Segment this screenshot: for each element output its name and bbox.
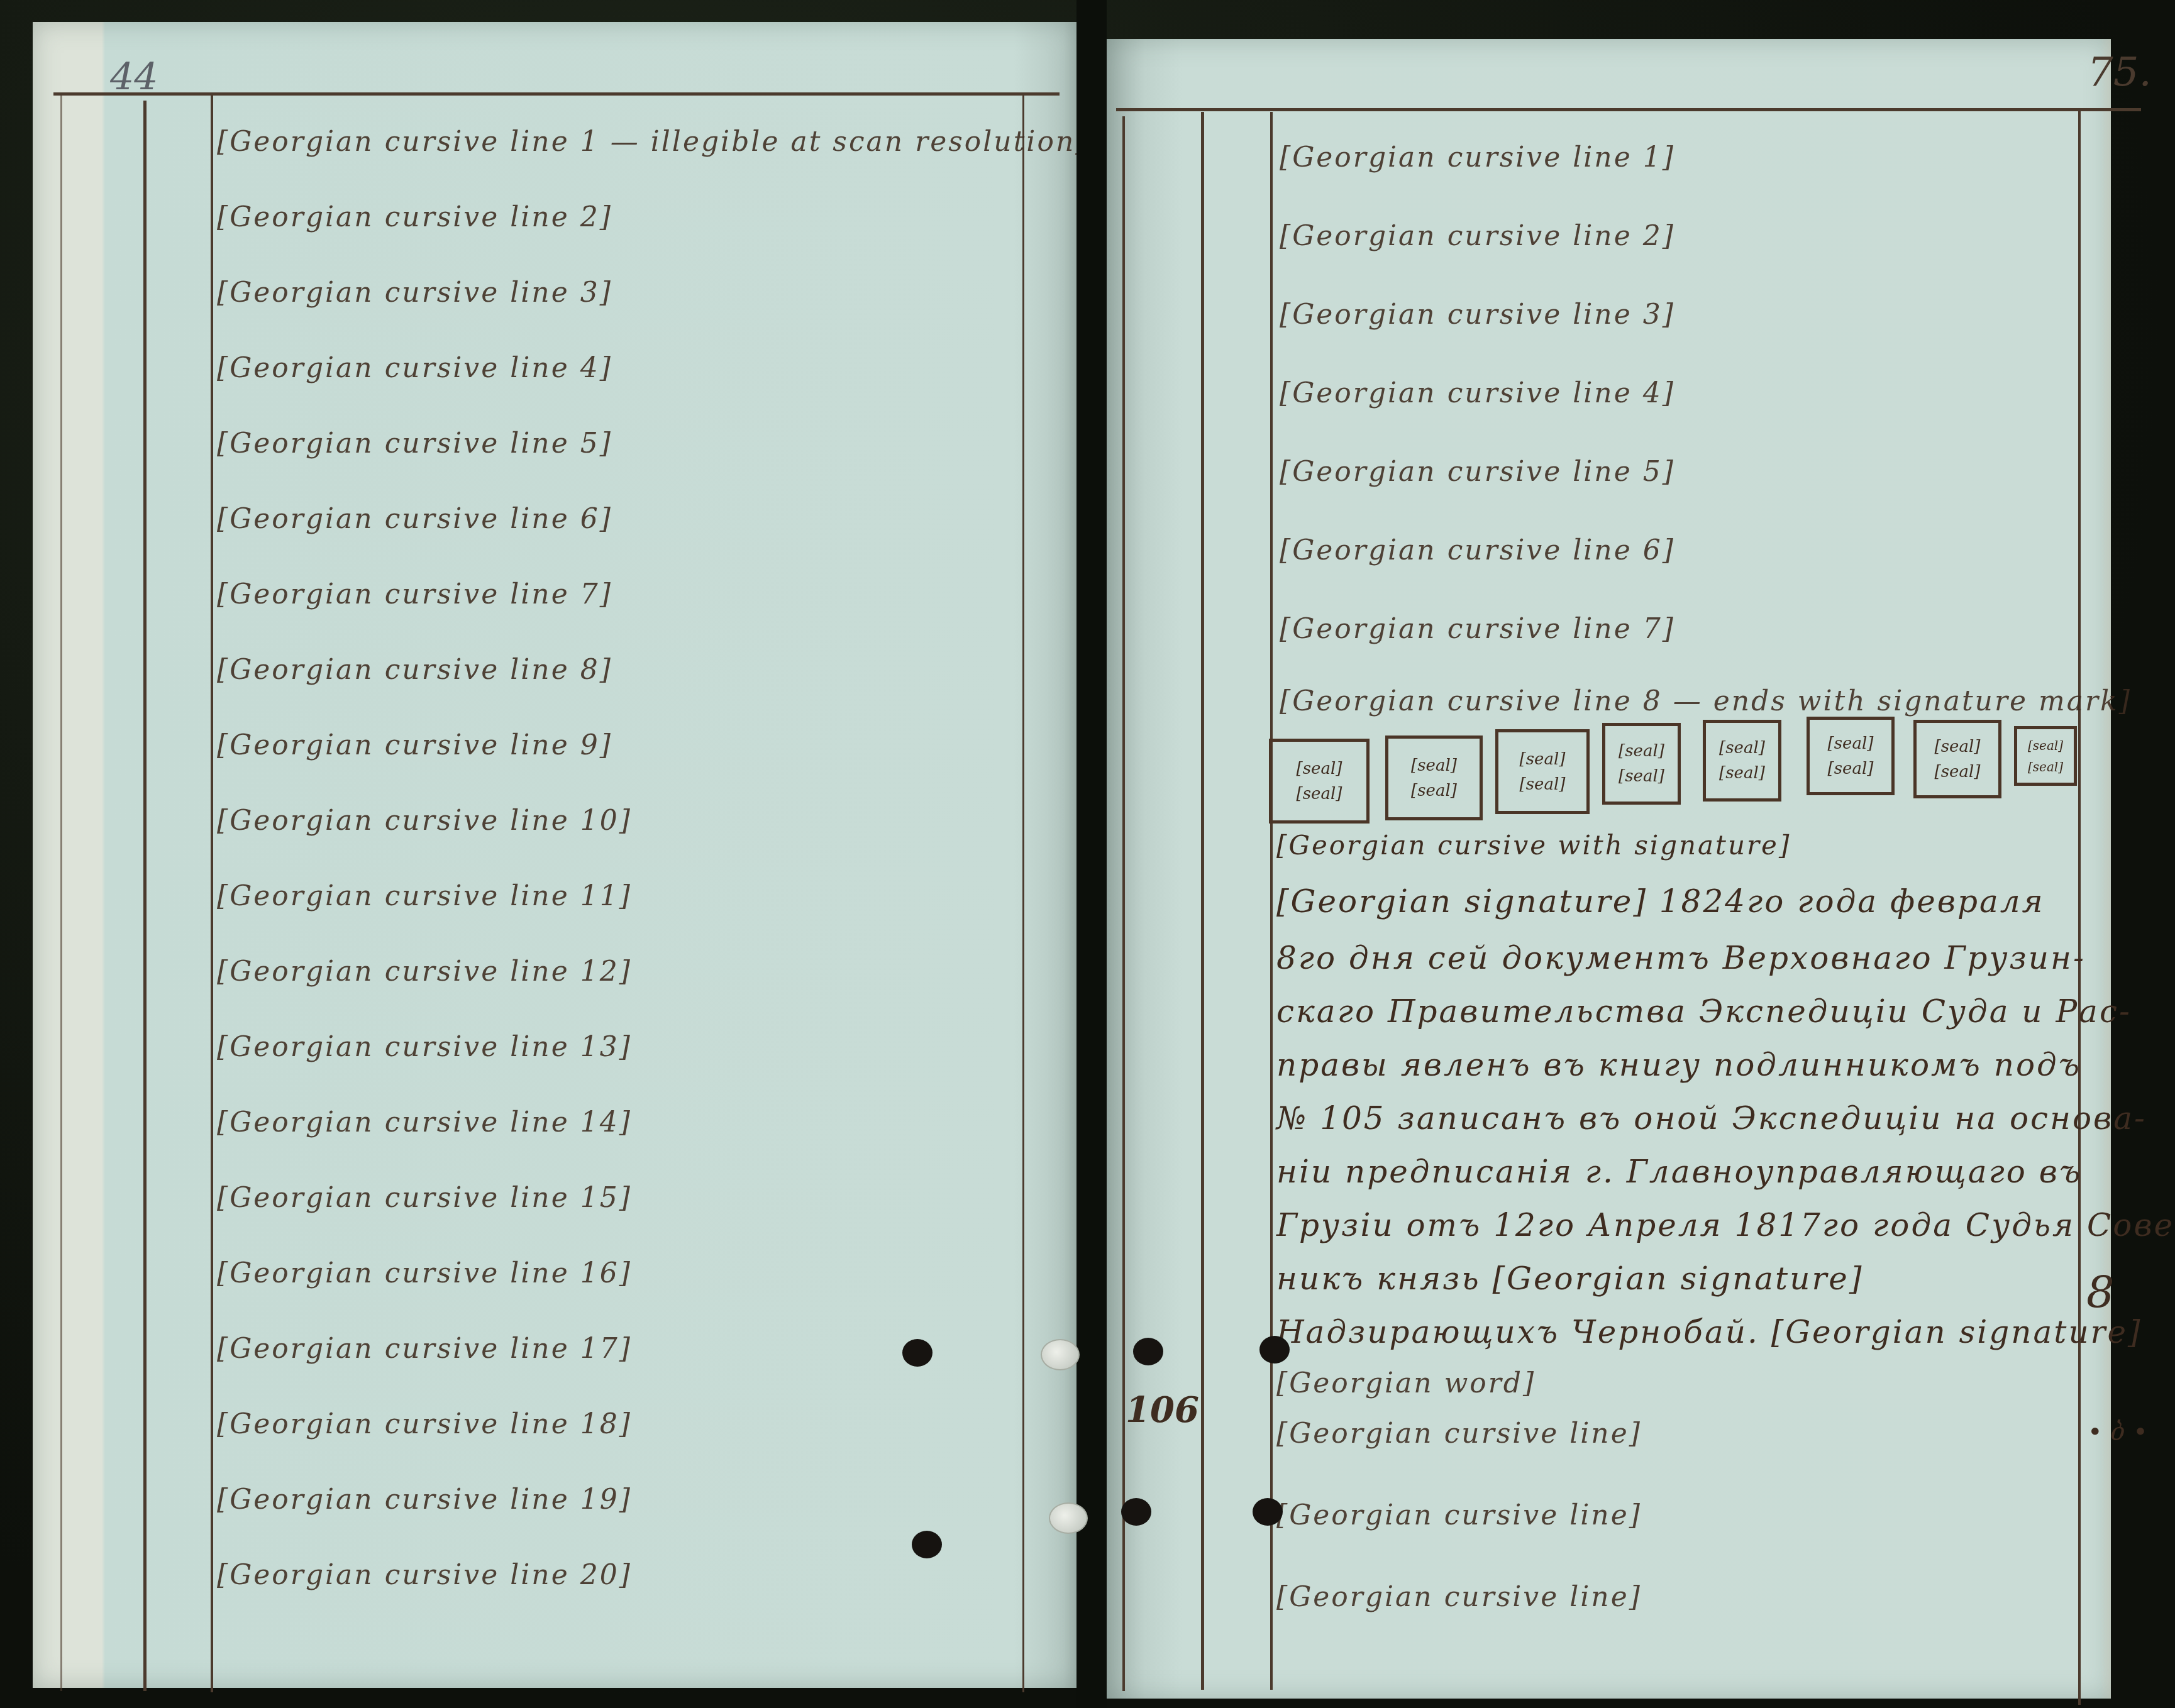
georgian-line: [Georgian cursive line 7] <box>1280 613 1675 645</box>
georgian-line: [Georgian cursive line 6] <box>1280 534 1675 566</box>
margin-mark-8: 8 <box>2086 1267 2115 1318</box>
binding-hole <box>1259 1336 1290 1364</box>
right-registration-note: [Georgian cursive with signature] [Georg… <box>1276 830 2075 1396</box>
right-top-rule <box>1116 108 2141 111</box>
binding-hole <box>902 1339 933 1367</box>
right-right-rule <box>2078 108 2081 1705</box>
binding-hole <box>1049 1502 1088 1534</box>
right-georgian-top: [Georgian cursive line 1] [Georgian curs… <box>1280 141 2072 707</box>
georgian-line: [Georgian cursive line] <box>1276 1499 1642 1531</box>
left-text-rule <box>211 96 213 1692</box>
georgian-line: [Georgian cursive line 20] <box>217 1559 632 1591</box>
left-text-column: [Georgian cursive line 1 — illegible at … <box>217 126 1016 1666</box>
note-line: Надзирающихъ Чернобай. [Georgian signatu… <box>1276 1314 2142 1350</box>
georgian-line: [Georgian cursive line 5] <box>217 427 612 460</box>
note-line: [Georgian cursive with signature] <box>1276 830 1791 861</box>
georgian-line: [Georgian cursive line 5] <box>1280 456 1675 488</box>
note-line: Грузіи отъ 12го Апреля 1817го года Судья… <box>1276 1207 2175 1243</box>
note-line: скаго Правительства Экспедиціи Суда и Ра… <box>1276 993 2132 1030</box>
georgian-line: [Georgian cursive line 1] <box>1280 141 1675 174</box>
seal-stamp: [seal][seal] <box>1269 739 1370 824</box>
georgian-line: [Georgian cursive line 8 — ends with sig… <box>1280 685 2132 717</box>
georgian-line: [Georgian cursive line 15] <box>217 1182 632 1214</box>
seal-stamp: [seal][seal] <box>1703 720 1781 802</box>
georgian-line: [Georgian cursive line 12] <box>217 956 632 988</box>
georgian-line: [Georgian cursive line 18] <box>217 1408 632 1440</box>
georgian-line: [Georgian cursive line 1 — illegible at … <box>217 126 1088 158</box>
georgian-line: [Georgian cursive line 2] <box>217 201 612 233</box>
margin-folio-number: 106 <box>1126 1389 1199 1431</box>
right-text-rule <box>1270 112 1273 1690</box>
left-right-rule <box>1022 96 1024 1692</box>
georgian-line: [Georgian cursive line 19] <box>217 1484 632 1516</box>
georgian-line: [Georgian cursive line 7] <box>217 578 612 610</box>
seal-stamp: [seal][seal] <box>1602 723 1681 805</box>
georgian-line: [Georgian cursive line 9] <box>217 729 612 761</box>
note-line: никъ князь [Georgian signature] <box>1276 1260 1863 1297</box>
seal-stamps-row: [seal][seal] [seal][seal] [seal][seal] [… <box>1269 714 2061 820</box>
seal-stamp: [seal][seal] <box>1385 736 1483 820</box>
book-gutter <box>1076 0 1107 1708</box>
georgian-line: [Georgian cursive line 11] <box>217 880 632 912</box>
seal-stamp: [seal][seal] <box>1495 729 1590 814</box>
binding-hole <box>1253 1498 1283 1526</box>
right-margin-rule-2 <box>1201 112 1204 1690</box>
note-line: [Georgian signature] 1824го года февраля <box>1276 883 2045 920</box>
georgian-line: [Georgian cursive line 3] <box>1280 299 1675 331</box>
right-margin-rule-1 <box>1122 116 1125 1691</box>
georgian-line: [Georgian cursive line 16] <box>217 1257 632 1289</box>
georgian-line: [Georgian cursive line 10] <box>217 805 632 837</box>
binding-hole <box>1133 1338 1163 1365</box>
left-margin-rule <box>143 101 147 1691</box>
note-line: 8го дня сей документъ Верховнаго Грузин- <box>1276 940 2086 976</box>
georgian-line: [Georgian cursive line 4] <box>1280 377 1675 409</box>
note-line: ніи предписанія г. Главноуправляющаго въ <box>1276 1154 2082 1190</box>
georgian-line: [Georgian cursive line 4] <box>217 352 612 384</box>
margin-mark-lower: • ბ • <box>2088 1418 2148 1446</box>
georgian-line: [Georgian cursive line] <box>1276 1418 1642 1450</box>
georgian-line: [Georgian cursive line 3] <box>217 277 612 309</box>
binding-hole <box>1121 1498 1151 1526</box>
binding-hole <box>1041 1339 1080 1370</box>
georgian-line: [Georgian cursive line 2] <box>1280 220 1675 252</box>
georgian-line: [Georgian cursive line 13] <box>217 1031 632 1063</box>
seal-stamp: [seal][seal] <box>2014 726 2077 786</box>
georgian-line: [Georgian cursive line] <box>1276 1581 1642 1613</box>
georgian-line: [Georgian cursive line 17] <box>217 1333 632 1365</box>
binding-hole <box>912 1531 942 1558</box>
note-line: № 105 записанъ въ оной Экспедиціи на осн… <box>1276 1100 2147 1137</box>
note-line: [Georgian word] <box>1276 1367 1536 1399</box>
right-page-number: 75. <box>2088 49 2152 96</box>
note-line: правы явленъ въ книгу подлинникомъ подъ <box>1276 1047 2081 1083</box>
right-georgian-bottom: [Georgian cursive line] [Georgian cursiv… <box>1276 1418 2075 1669</box>
seal-stamp: [seal][seal] <box>1913 720 2001 798</box>
left-top-rule <box>53 92 1060 96</box>
left-margin-rule-outer <box>60 94 62 1691</box>
seal-stamp: [seal][seal] <box>1807 717 1895 795</box>
georgian-line: [Georgian cursive line 6] <box>217 503 612 535</box>
georgian-line: [Georgian cursive line 8] <box>217 654 612 686</box>
georgian-line: [Georgian cursive line 14] <box>217 1106 632 1138</box>
